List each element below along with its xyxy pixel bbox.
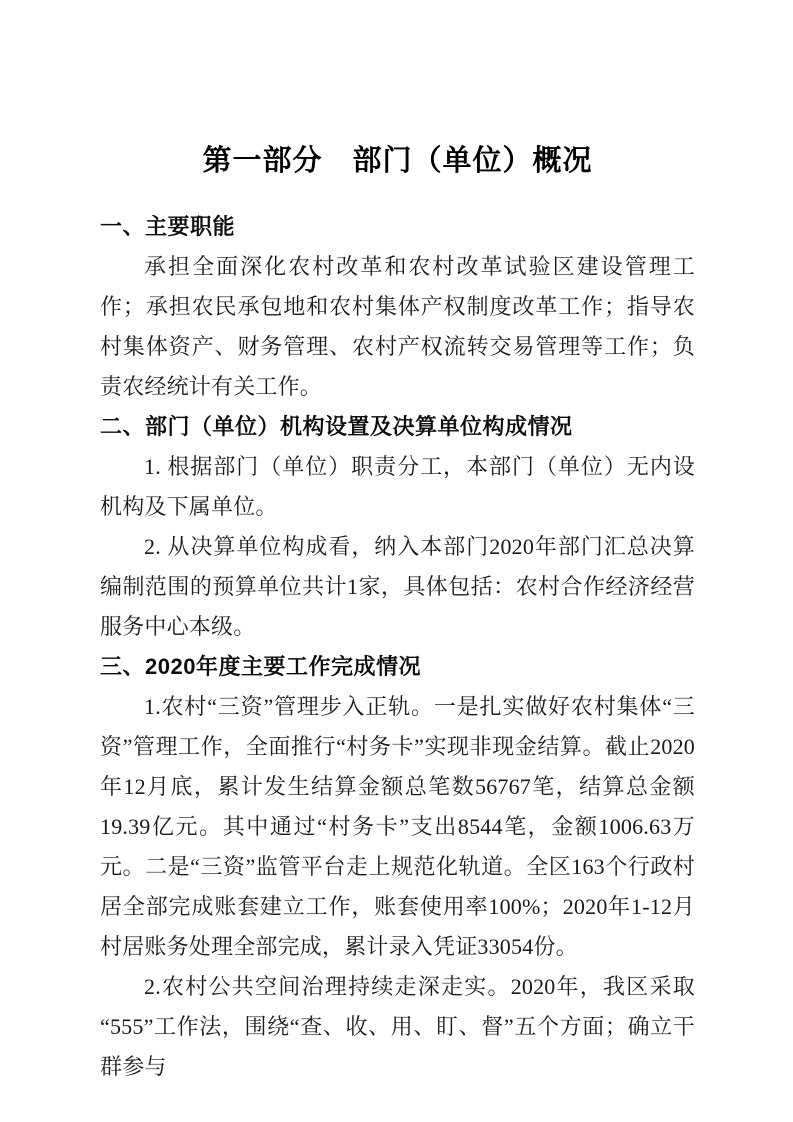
paragraph-work-completion-1: 1.农村“三资”管理步入正轨。一是扎实做好农村集体“三资”管理工作，全面推行“村…: [100, 687, 695, 967]
paragraph-org-structure-1: 1. 根据部门（单位）职责分工，本部门（单位）无内设机构及下属单位。: [100, 447, 695, 527]
section-main-duties: 一、主要职能 承担全面深化农村改革和农村改革试验区建设管理工作；承担农民承包地和…: [100, 207, 695, 407]
section-heading-org-structure: 二、部门（单位）机构设置及决算单位构成情况: [100, 407, 695, 447]
section-heading-main-duties: 一、主要职能: [100, 207, 695, 247]
page-title: 第一部分 部门（单位）概况: [100, 141, 695, 181]
paragraph-main-duties: 承担全面深化农村改革和农村改革试验区建设管理工作；承担农民承包地和农村集体产权制…: [100, 247, 695, 407]
section-org-structure: 二、部门（单位）机构设置及决算单位构成情况 1. 根据部门（单位）职责分工，本部…: [100, 407, 695, 647]
section-heading-2020-work-completion: 三、2020年度主要工作完成情况: [100, 647, 695, 687]
section-2020-work-completion: 三、2020年度主要工作完成情况 1.农村“三资”管理步入正轨。一是扎实做好农村…: [100, 647, 695, 1087]
paragraph-org-structure-2: 2. 从决算单位构成看，纳入本部门2020年部门汇总决算编制范围的预算单位共计1…: [100, 527, 695, 647]
document-page: 第一部分 部门（单位）概况 一、主要职能 承担全面深化农村改革和农村改革试验区建…: [0, 0, 793, 1122]
paragraph-work-completion-2: 2.农村公共空间治理持续走深走实。2020年，我区采取“555”工作法，围绕“查…: [100, 967, 695, 1087]
